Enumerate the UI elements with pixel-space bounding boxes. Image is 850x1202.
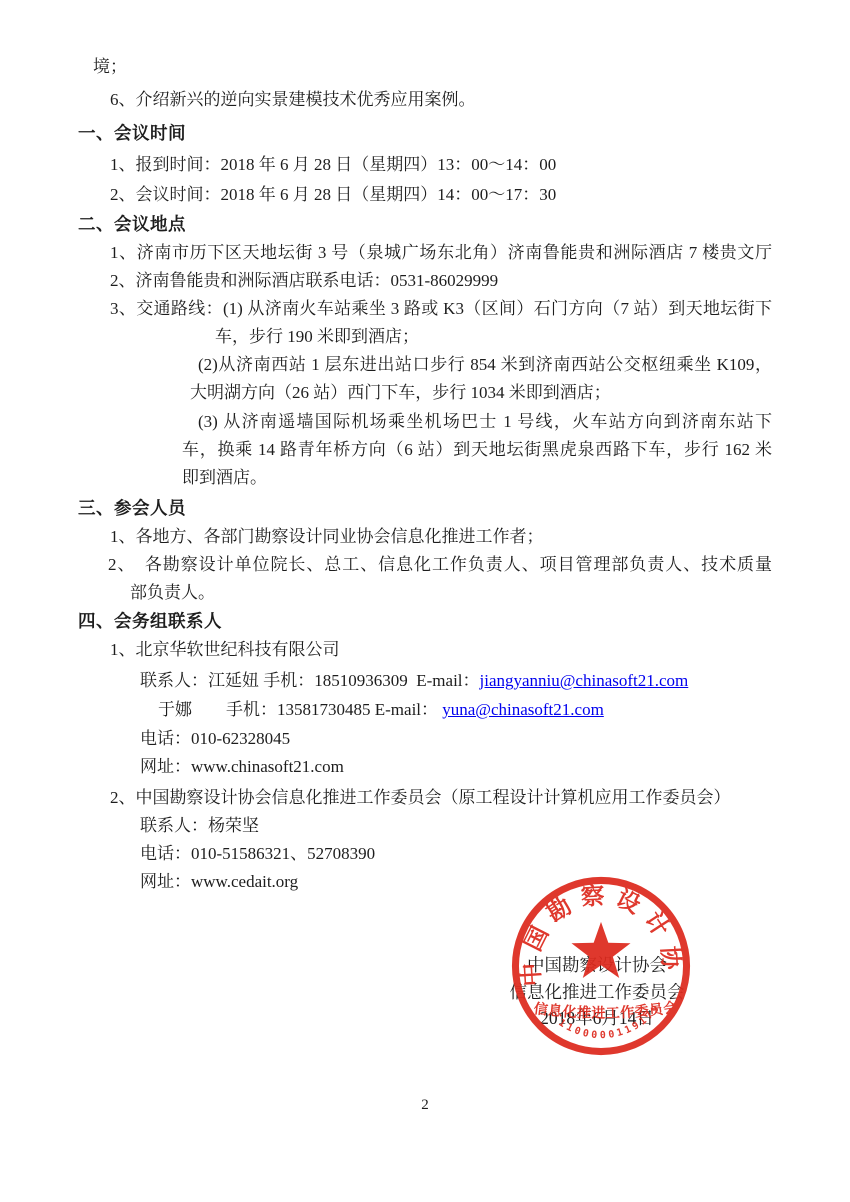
section-title-contacts: 四、会务组联系人	[78, 611, 222, 632]
org2-website: 网址：www.cedait.org	[140, 872, 298, 892]
carryover-line: 境；	[93, 57, 127, 77]
page-number: 2	[0, 1097, 850, 1114]
org1-name: 1、北京华软世纪科技有限公司	[110, 640, 340, 660]
org1-contact-2: 于娜 手机：13581730485 E-mail： yuna@chinasoft…	[158, 700, 604, 720]
org1-contact-2-label: 于娜 手机：13581730485 E-mail：	[158, 700, 442, 719]
org1-contact-1-email-link[interactable]: jiangyanniu@chinasoft21.com	[480, 671, 689, 690]
route-line-3: (2)从济南西站 1 层东进出站口步行 854 米到济南西站公交枢纽乘坐 K10…	[198, 355, 772, 375]
section-title-meeting-time: 一、会议时间	[78, 123, 186, 144]
section-title-attendees: 三、参会人员	[78, 498, 186, 519]
hotel-phone-line: 2、济南鲁能贵和洲际酒店联系电话：0531-86029999	[110, 271, 498, 291]
agenda-item-6: 6、介绍新兴的逆向实景建模技术优秀应用案例。	[110, 90, 476, 110]
route-line-7: 即到酒店。	[182, 468, 267, 488]
official-seal: 中国勘察设计协会 信息化推进工作委员会 1100000119179	[507, 872, 695, 1060]
seal-star-icon	[571, 922, 630, 978]
org1-contact-1: 联系人：江延妞 手机：18510936309 E-mail：jiangyanni…	[140, 671, 688, 691]
route-line-5: (3) 从济南遥墙国际机场乘坐机场巴士 1 号线，火车站方向到济南东站下	[198, 412, 772, 432]
org2-name: 2、中国勘察设计协会信息化推进工作委员会（原工程设计计算机应用工作委员会）	[110, 788, 731, 808]
route-line-1: 3、交通路线：(1) 从济南火车站乘坐 3 路或 K3（区间）石门方向（7 站）…	[110, 299, 772, 319]
org2-contact: 联系人：杨荣坚	[140, 816, 259, 836]
route-line-4: 大明湖方向（26 站）西门下车，步行 1034 米即到酒店；	[190, 383, 611, 403]
route-line-6: 车，换乘 14 路青年桥方向（6 站）到天地坛街黑虎泉西路下车，步行 162 米	[182, 440, 772, 460]
seal-ring-text: 中国勘察设计协会	[507, 872, 685, 987]
route-line-2: 车，步行 190 米即到酒店；	[215, 327, 419, 347]
document-page: 境； 6、介绍新兴的逆向实景建模技术优秀应用案例。 一、会议时间 1、报到时间：…	[0, 0, 850, 1202]
meeting-time-line: 2、会议时间：2018 年 6 月 28 日（星期四）14：00～17：30	[110, 185, 556, 205]
org1-contact-1-label: 联系人：江延妞 手机：18510936309 E-mail：	[140, 671, 480, 690]
seal-graphic: 中国勘察设计协会 信息化推进工作委员会 1100000119179	[507, 872, 695, 1060]
registration-time-line: 1、报到时间：2018 年 6 月 28 日（星期四）13：00～14：00	[110, 155, 556, 175]
org1-phone: 电话：010-62328045	[140, 729, 290, 749]
org1-website: 网址：www.chinasoft21.com	[140, 757, 344, 777]
org1-contact-2-email-link[interactable]: yuna@chinasoft21.com	[442, 700, 604, 719]
attendees-item-2-line-2: 部负责人。	[130, 583, 215, 603]
venue-address-line: 1、济南市历下区天地坛街 3 号（泉城广场东北角）济南鲁能贵和洲际酒店 7 楼贵…	[110, 243, 772, 263]
attendees-item-2-line-1: 2、 各勘察设计单位院长、总工、信息化工作负责人、项目管理部负责人、技术质量	[108, 555, 772, 575]
org2-phone: 电话：010-51586321、52708390	[140, 844, 375, 864]
section-title-venue: 二、会议地点	[78, 214, 186, 235]
attendees-item-1: 1、各地方、各部门勘察设计同业协会信息化推进工作者；	[110, 527, 544, 547]
